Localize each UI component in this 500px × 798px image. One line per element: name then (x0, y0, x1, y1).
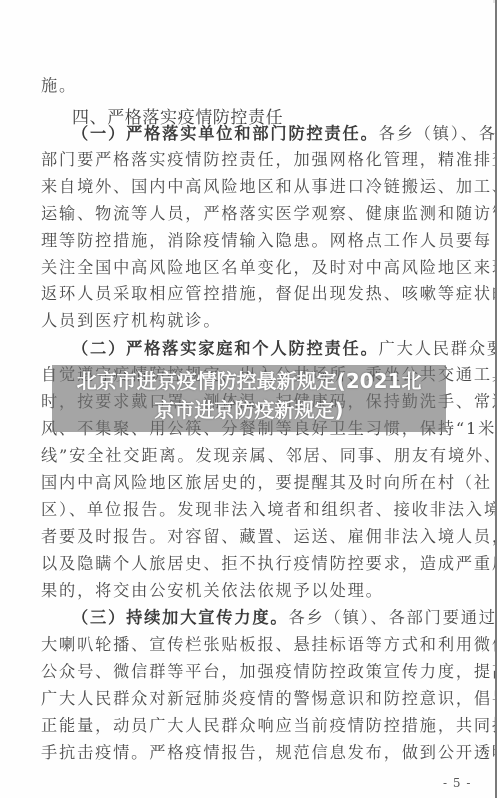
paragraph-text: 各乡（镇）、各部门要通过 (288, 608, 496, 627)
paragraph-text: 广大人民群众要 (379, 339, 500, 358)
paragraph-line: 部门要严格落实疫情防控责任，加强网格化管理，精准排查 (41, 150, 461, 170)
subsection-title: （一）严格落实单位和部门防控责任。 (72, 124, 379, 143)
page-right-border (495, 0, 500, 798)
overlay-title-line-2: 京市进京防疫新规定) (52, 396, 446, 425)
paragraph-line: 运输、物流等人员，严格落实医学观察、健康监测和随访管 (41, 204, 461, 224)
paragraph-line: 人员到医疗机构就诊。 (41, 311, 461, 331)
page-number: - 5 - (443, 776, 471, 790)
subsection-title: （三）持续加大宣传力度。 (72, 608, 288, 627)
paragraph-lead-line: （二）严格落实家庭和个人防控责任。广大人民群众要 (72, 339, 492, 359)
paragraph-line: 来自境外、国内中高风险地区和从事进口冷链搬运、加工、 (41, 177, 461, 197)
paragraph-lead-line: （一）严格落实单位和部门防控责任。各乡（镇）、各 (72, 124, 492, 144)
paragraph-line: 手抗击疫情。严格疫情报告，规范信息发布，做到公开透明， (41, 743, 461, 763)
paragraph-line: 线”安全社交距离。发现亲属、邻居、同事、朋友有境外、 (41, 446, 461, 466)
paragraph-line: 关注全国中高风险地区名单变化，及时对中高风险地区来环 (41, 258, 461, 278)
paragraph-lead-line: （三）持续加大宣传力度。各乡（镇）、各部门要通过 (72, 608, 492, 628)
paragraph-text: 各乡（镇）、各 (379, 124, 497, 143)
paragraph-line: 区）、单位报告。发现非法入境者和组织者、接收非法入境 (41, 500, 461, 520)
paragraph-line: 以及隐瞒个人旅居史、拒不执行疫情防控要求，造成严重后 (41, 554, 461, 574)
subsection-title: （二）严格落实家庭和个人防控责任。 (72, 339, 379, 358)
overlay-title-line-1: 北京市进京疫情防控最新规定(2021北 (52, 367, 446, 396)
paragraph-line: 理等防控措施，消除疫情输入隐患。网格点工作人员要每日 (41, 231, 461, 251)
paragraph-line: 正能量，动员广大人民群众响应当前疫情防控措施，共同携 (41, 716, 461, 736)
paragraph-line: 施。 (41, 76, 461, 96)
paragraph-line: 返环人员采取相应管控措施，督促出现发热、咳嗽等症状的 (41, 284, 461, 304)
paragraph-line: 者要及时报告。对容留、藏置、运送、雇佣非法入境人员， (41, 527, 461, 547)
paragraph-line: 大喇叭轮播、宣传栏张贴板报、悬挂标语等方式和利用微信 (41, 635, 461, 655)
overlay-title[interactable]: 北京市进京疫情防控最新规定(2021北 京市进京防疫新规定) (52, 367, 446, 425)
paragraph-line: 果的，将交由公安机关依法依规予以处理。 (41, 581, 461, 601)
paragraph-line: 公众号、微信群等平台，加强疫情防控政策宣传力度，提高 (41, 662, 461, 682)
paragraph-line: 国内中高风险地区旅居史的，要提醒其及时向所在村（社 (41, 473, 461, 493)
paragraph-line: 广大人民群众对新冠肺炎疫情的警惕意识和防控意识，倡导 (41, 689, 461, 709)
